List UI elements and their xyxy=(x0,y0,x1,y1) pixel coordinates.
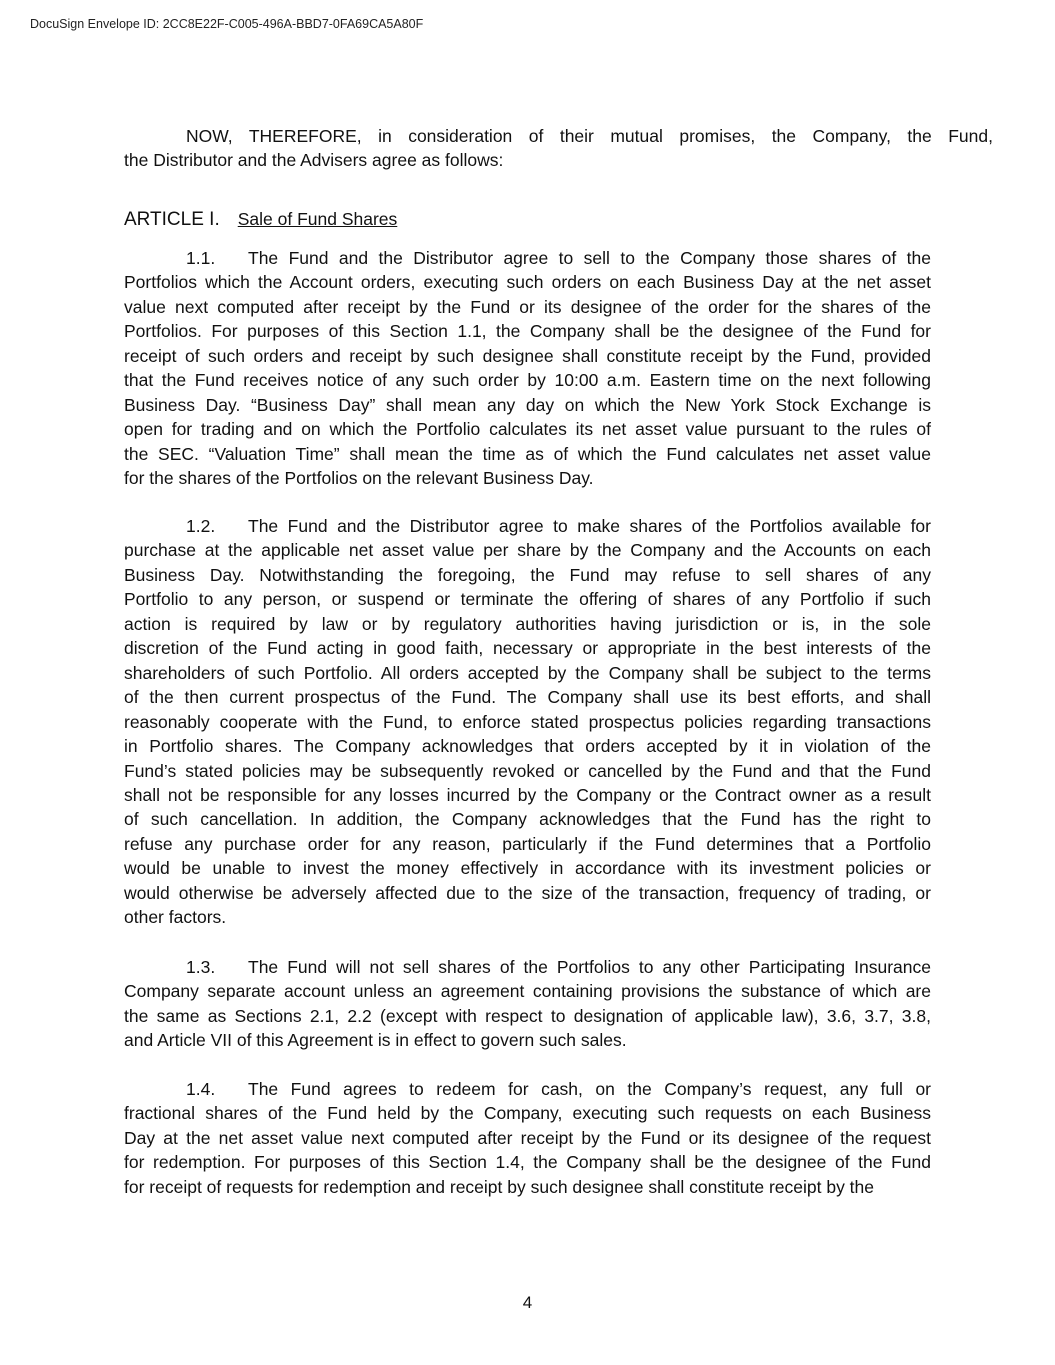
section-line: Company separate account unless an agree… xyxy=(124,979,931,1003)
article-title: Sale of Fund Shares xyxy=(238,209,398,229)
intro-line: NOW, THEREFORE, in consideration of thei… xyxy=(124,124,993,148)
section-line: of such cancellation. In addition, the C… xyxy=(124,807,931,831)
section-line: fractional shares of the Fund held by th… xyxy=(124,1101,931,1125)
section-text: The Fund and the Distributor agree to ma… xyxy=(248,516,931,536)
section-line: 1.4.The Fund agrees to redeem for cash, … xyxy=(186,1077,931,1101)
section-line: 1.2.The Fund and the Distributor agree t… xyxy=(186,514,931,538)
section-text: The Fund will not sell shares of the Por… xyxy=(248,957,931,977)
section-number: 1.4. xyxy=(186,1077,248,1101)
section-line: receipt of such orders and receipt by su… xyxy=(124,344,931,368)
page-number: 4 xyxy=(0,1293,1055,1313)
section-line: purchase at the applicable net asset val… xyxy=(124,538,931,562)
section-line: that the Fund receives notice of any suc… xyxy=(124,368,931,392)
section-line: shareholders of such Portfolio. All orde… xyxy=(124,661,931,685)
section-line: Portfolio to any person, or suspend or t… xyxy=(124,587,931,611)
section-line: would be unable to invest the money effe… xyxy=(124,856,931,880)
section-text: The Fund and the Distributor agree to se… xyxy=(248,248,931,268)
section-line: action is required by law or by regulato… xyxy=(124,612,931,636)
section-line: 1.3.The Fund will not sell shares of the… xyxy=(186,955,931,979)
section-line: Portfolios. For purposes of this Section… xyxy=(124,319,931,343)
section-line: for redemption. For purposes of this Sec… xyxy=(124,1150,931,1174)
section-line: Fund’s stated policies may be subsequent… xyxy=(124,759,931,783)
section-line: for the shares of the Portfolios on the … xyxy=(124,466,931,490)
section-line: Business Day. “Business Day” shall mean … xyxy=(124,393,931,417)
section-line: other factors. xyxy=(124,905,931,929)
section-line: Day at the net asset value next computed… xyxy=(124,1126,931,1150)
section-line: in Portfolio shares. The Company acknowl… xyxy=(124,734,931,758)
section-line: value next computed after receipt by the… xyxy=(124,295,931,319)
section-line: of the then current prospectus of the Fu… xyxy=(124,685,931,709)
article-number: ARTICLE I. xyxy=(124,209,220,230)
docusign-envelope-id: DocuSign Envelope ID: 2CC8E22F-C005-496A… xyxy=(30,17,423,31)
section-line: would otherwise be adversely affected du… xyxy=(124,881,931,905)
section-number: 1.3. xyxy=(186,955,248,979)
section-line: the SEC. “Valuation Time” shall mean the… xyxy=(124,442,931,466)
section-line: the same as Sections 2.1, 2.2 (except wi… xyxy=(124,1004,931,1028)
section-line: shall not be responsible for any losses … xyxy=(124,783,931,807)
section-text: The Fund agrees to redeem for cash, on t… xyxy=(248,1079,931,1099)
section-line: Business Day. Notwithstanding the forego… xyxy=(124,563,931,587)
section-line: and Article VII of this Agreement is in … xyxy=(124,1028,931,1052)
intro-line: the Distributor and the Advisers agree a… xyxy=(124,148,931,172)
section-line: for receipt of requests for redemption a… xyxy=(124,1175,931,1199)
section-line: open for trading and on which the Portfo… xyxy=(124,417,931,441)
section-number: 1.2. xyxy=(186,514,248,538)
section-line: Portfolios which the Account orders, exe… xyxy=(124,270,931,294)
article-heading: ARTICLE I.Sale of Fund Shares xyxy=(124,209,397,231)
section-number: 1.1. xyxy=(186,246,248,270)
section-line: refuse any purchase order for any reason… xyxy=(124,832,931,856)
section-line: discretion of the Fund acting in good fa… xyxy=(124,636,931,660)
section-line: 1.1.The Fund and the Distributor agree t… xyxy=(186,246,931,270)
section-line: reasonably cooperate with the Fund, to e… xyxy=(124,710,931,734)
